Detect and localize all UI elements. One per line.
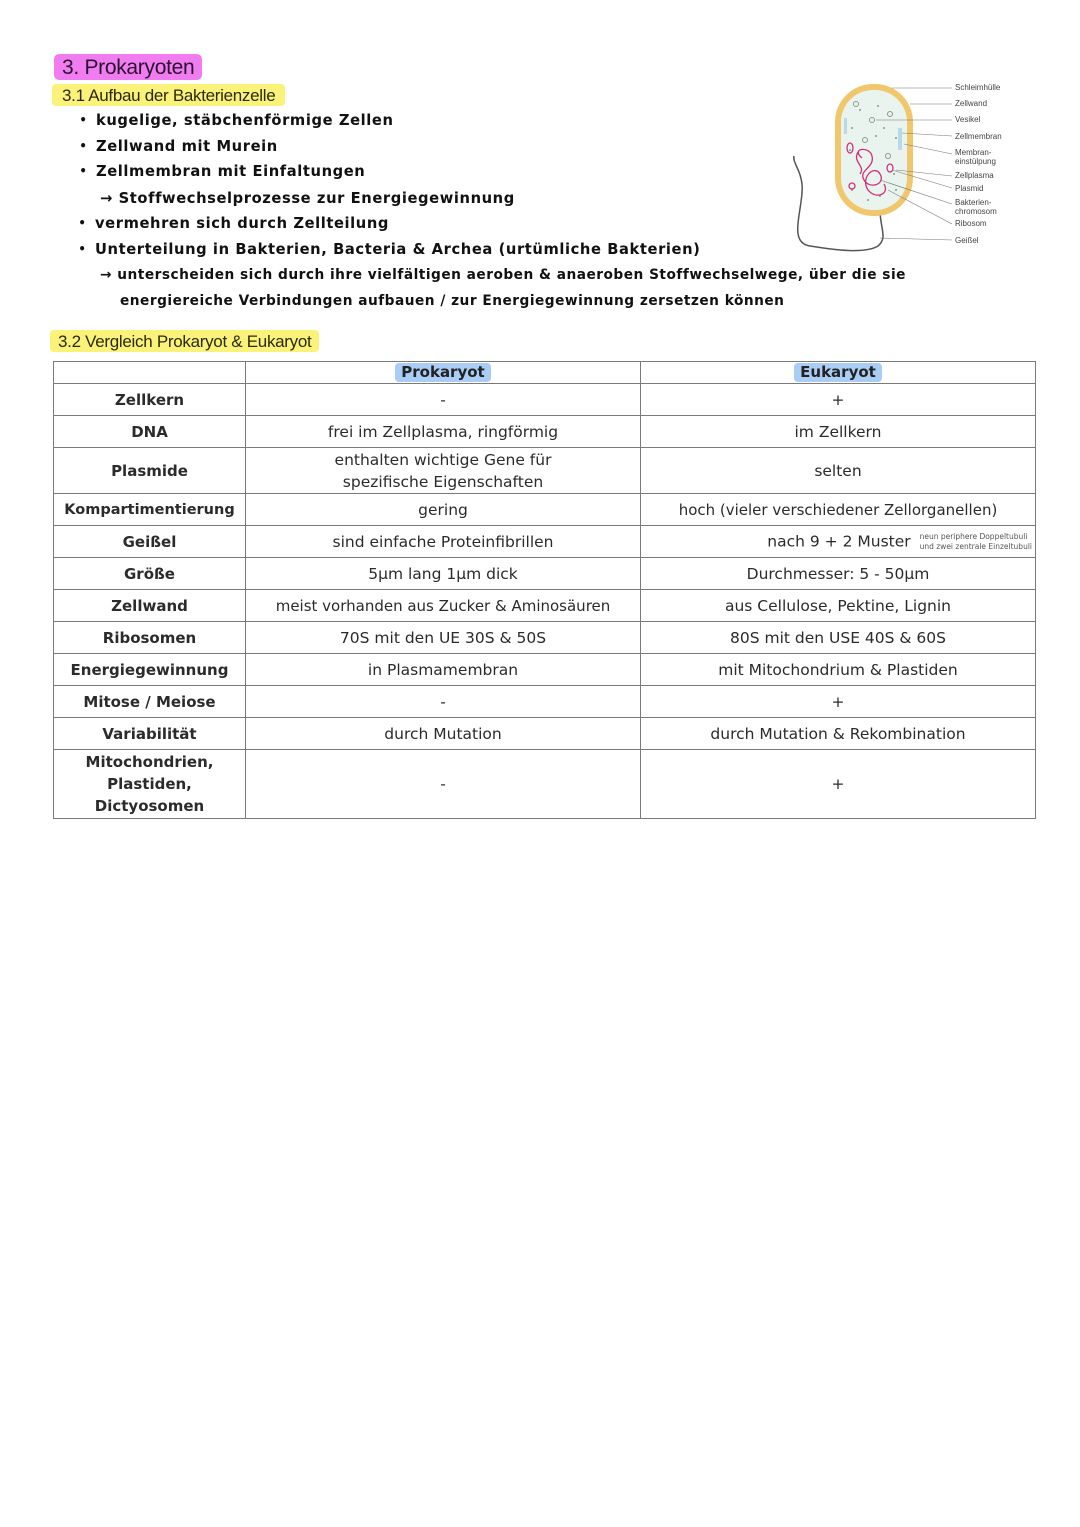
- row-label: Größe: [54, 558, 246, 590]
- cell-prokaryot: enthalten wichtige Gene für spezifische …: [246, 448, 641, 494]
- cell-prokaryot: sind einfache Proteinfibrillen: [246, 526, 641, 558]
- table-row: Mitose / Meiose - +: [54, 686, 1036, 718]
- cell-eukaryot: aus Cellulose, Pektine, Lignin: [641, 590, 1036, 622]
- header-eukaryot: Eukaryot: [794, 363, 882, 382]
- table-row: DNA frei im Zellplasma, ringförmig im Ze…: [54, 416, 1036, 448]
- cell-prokaryot: gering: [246, 494, 641, 526]
- table-row: Zellkern - +: [54, 384, 1036, 416]
- svg-text:Ribosom: Ribosom: [955, 219, 987, 228]
- svg-text:Zellplasma: Zellplasma: [955, 171, 994, 180]
- row-label: Zellwand: [54, 590, 246, 622]
- bacterial-cell-diagram: Schleimhülle Zellwand Vesikel Zellmembra…: [780, 78, 1010, 256]
- table-row: Geißel sind einfache Proteinfibrillen na…: [54, 526, 1036, 558]
- row-label: Variabilität: [54, 718, 246, 750]
- cell-eukaryot-footnote: neun periphere Doppeltubuli und zwei zen…: [920, 532, 1032, 552]
- header-empty: [54, 362, 246, 384]
- svg-text:Vesikel: Vesikel: [955, 115, 981, 124]
- cell-eukaryot: nach 9 + 2 Muster neun periphere Doppelt…: [641, 526, 1036, 558]
- cell-prokaryot: frei im Zellplasma, ringförmig: [246, 416, 641, 448]
- svg-text:einstülpung: einstülpung: [955, 157, 996, 166]
- table-row: Kompartimentierung gering hoch (vieler v…: [54, 494, 1036, 526]
- row-label: Kompartimentierung: [54, 494, 246, 526]
- cell-eukaryot: selten: [641, 448, 1036, 494]
- cell-eukaryot: im Zellkern: [641, 416, 1036, 448]
- table-row: Ribosomen 70S mit den UE 30S & 50S 80S m…: [54, 622, 1036, 654]
- note-line: Zellmembran mit Einfaltungen: [96, 161, 365, 181]
- note-subline: → unterscheiden sich durch ihre vielfält…: [100, 265, 906, 285]
- row-label: Mitose / Meiose: [54, 686, 246, 718]
- note-line: Zellwand mit Murein: [96, 136, 278, 156]
- svg-text:Zellwand: Zellwand: [955, 99, 987, 108]
- cell-prokaryot: -: [246, 686, 641, 718]
- subsection-title-vergleich: 3.2 Vergleich Prokaryot & Eukaryot: [50, 330, 319, 352]
- table-row: Mitochondrien, Plastiden, Dictyosomen - …: [54, 750, 1036, 819]
- header-prokaryot: Prokaryot: [395, 363, 490, 382]
- table-row: Größe 5µm lang 1µm dick Durchmesser: 5 -…: [54, 558, 1036, 590]
- cell-prokaryot: durch Mutation: [246, 718, 641, 750]
- cell-eukaryot: Durchmesser: 5 - 50µm: [641, 558, 1036, 590]
- cell-eukaryot: +: [641, 384, 1036, 416]
- cell-eukaryot: +: [641, 750, 1036, 819]
- row-label: Mitochondrien, Plastiden, Dictyosomen: [54, 750, 246, 819]
- section-title-prokaryoten: 3. Prokaryoten: [54, 54, 202, 80]
- cell-prokaryot: 70S mit den UE 30S & 50S: [246, 622, 641, 654]
- cell-eukaryot-main: nach 9 + 2 Muster: [767, 533, 910, 551]
- cell-eukaryot: durch Mutation & Rekombination: [641, 718, 1036, 750]
- svg-text:Membran-: Membran-: [955, 148, 992, 157]
- cell-eukaryot: 80S mit den USE 40S & 60S: [641, 622, 1036, 654]
- note-line: Unterteilung in Bakterien, Bacteria & Ar…: [95, 239, 700, 259]
- table-header-row: Prokaryot Eukaryot: [54, 362, 1036, 384]
- table-row: Variabilität durch Mutation durch Mutati…: [54, 718, 1036, 750]
- note-line: kugelige, stäbchenförmige Zellen: [96, 110, 394, 130]
- subsection-title-aufbau: 3.1 Aufbau der Bakterienzelle: [52, 84, 285, 106]
- row-label: Ribosomen: [54, 622, 246, 654]
- table-row: Energiegewinnung in Plasmamembran mit Mi…: [54, 654, 1036, 686]
- table-row: Plasmide enthalten wichtige Gene für spe…: [54, 448, 1036, 494]
- row-label: DNA: [54, 416, 246, 448]
- label-schleimhuelle: Schleimhülle: [955, 83, 1001, 92]
- note-subline: energiereiche Verbindungen aufbauen / zu…: [120, 291, 784, 311]
- svg-text:Bakterien-: Bakterien-: [955, 198, 992, 207]
- svg-text:Plasmid: Plasmid: [955, 184, 983, 193]
- cell-eukaryot: hoch (vieler verschiedener Zellorganelle…: [641, 494, 1036, 526]
- cell-eukaryot: +: [641, 686, 1036, 718]
- comparison-table: Prokaryot Eukaryot Zellkern - + DNA frei…: [53, 361, 1036, 819]
- note-line: vermehren sich durch Zellteilung: [95, 213, 389, 233]
- cell-prokaryot: 5µm lang 1µm dick: [246, 558, 641, 590]
- row-label: Plasmide: [54, 448, 246, 494]
- svg-text:Geißel: Geißel: [955, 236, 979, 245]
- row-label: Energiegewinnung: [54, 654, 246, 686]
- cell-prokaryot: -: [246, 750, 641, 819]
- cell-prokaryot: -: [246, 384, 641, 416]
- cell-prokaryot: in Plasmamembran: [246, 654, 641, 686]
- row-label: Geißel: [54, 526, 246, 558]
- note-subline: → Stoffwechselprozesse zur Energiegewinn…: [100, 188, 515, 208]
- row-label: Zellkern: [54, 384, 246, 416]
- svg-text:Zellmembran: Zellmembran: [955, 132, 1002, 141]
- cell-prokaryot: meist vorhanden aus Zucker & Aminosäuren: [246, 590, 641, 622]
- cell-eukaryot: mit Mitochondrium & Plastiden: [641, 654, 1036, 686]
- table-row: Zellwand meist vorhanden aus Zucker & Am…: [54, 590, 1036, 622]
- svg-text:chromosom: chromosom: [955, 207, 997, 216]
